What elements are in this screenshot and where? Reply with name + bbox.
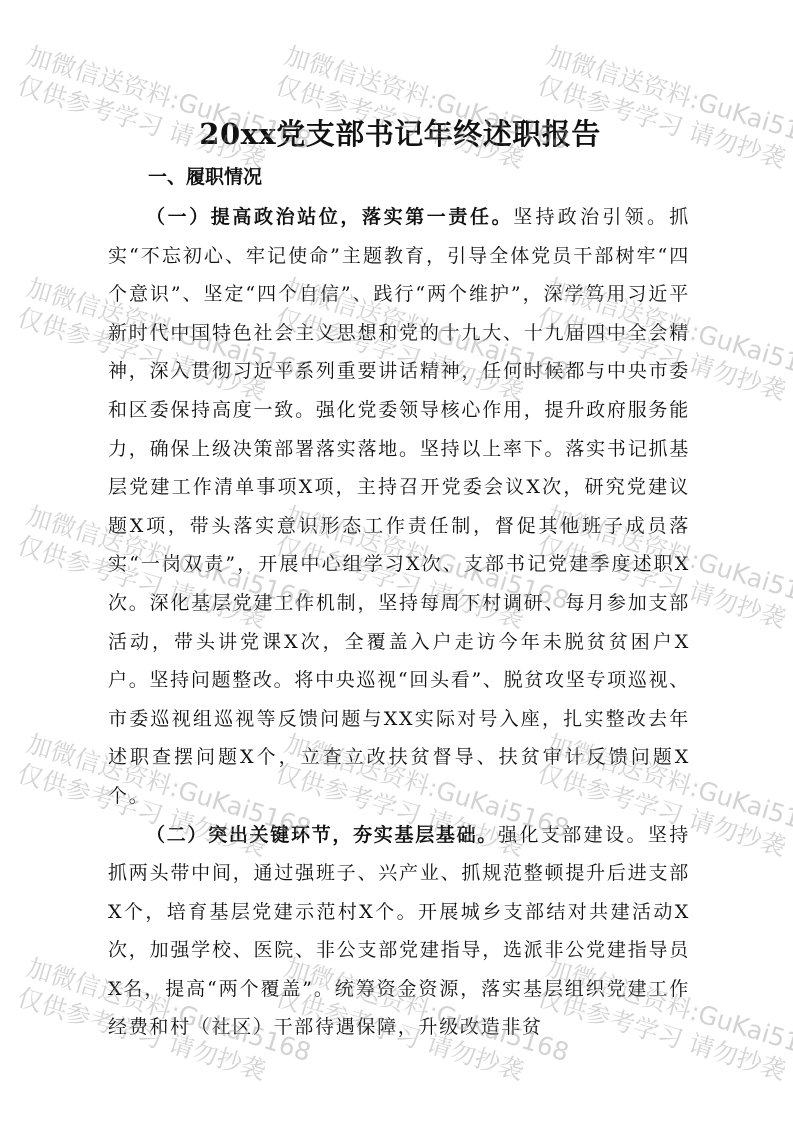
section-heading: 一、履职情况 — [148, 164, 262, 190]
paragraph-2-lead: （二）突出关键环节，夯实基层基础。 — [146, 824, 498, 846]
paragraph-2-text: 强化支部建设。坚持抓两头带中间，通过强班子、兴产业、抓规范整顿提升后进支部X个，… — [108, 824, 690, 1039]
watermark: 加微信送资料:GuKai5168仅供参考学习 请勿抄袭 — [272, 40, 573, 186]
paragraph-1: （一）提高政治站位，落实第一责任。坚持政治引领。抓实“不忘初心、牢记使命”主题教… — [108, 198, 690, 816]
watermark: 加微信送资料:GuKai5168仅供参考学习 请勿抄袭 — [534, 40, 793, 186]
document-page: 20xx党支部书记年终述职报告 一、履职情况 （一）提高政治站位，落实第一责任。… — [0, 0, 793, 1122]
paragraph-1-lead: （一）提高政治站位，落实第一责任。 — [146, 206, 513, 228]
paragraph-2: （二）突出关键环节，夯实基层基础。强化支部建设。坚持抓两头带中间，通过强班子、兴… — [108, 816, 690, 1048]
document-body: （一）提高政治站位，落实第一责任。坚持政治引领。抓实“不忘初心、牢记使命”主题教… — [108, 198, 690, 1047]
paragraph-1-text: 坚持政治引领。抓实“不忘初心、牢记使命”主题教育，引导全体党员干部树牢“四个意识… — [108, 206, 690, 807]
document-title: 20xx党支部书记年终述职报告 — [100, 116, 700, 152]
